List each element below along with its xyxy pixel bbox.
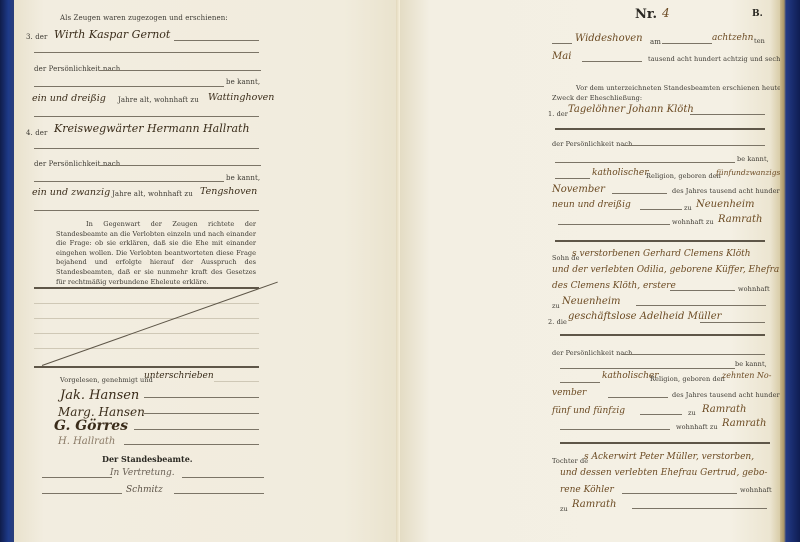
bride-birth-place: Ramrath <box>702 404 746 415</box>
rule <box>608 397 668 398</box>
witness4-prefix: 4. der <box>26 129 47 137</box>
read-approved-label: Vorgelesen, genehmigt und <box>60 376 153 384</box>
witness4-age: ein und zwanzig <box>32 187 110 198</box>
rule <box>560 334 765 336</box>
rule <box>34 181 224 182</box>
witness4-age-label: Jahre alt, wohnhaft zu <box>112 190 193 198</box>
groom-parents-line1: s verstorbenen Gerhard Clemens Klöth <box>572 249 751 259</box>
rule <box>34 348 259 349</box>
witness4-identity-label: der Persönlichkeit nach <box>34 160 120 168</box>
rule <box>622 145 765 146</box>
bride-birth-day: zehnten No- <box>722 371 771 380</box>
rule <box>640 209 682 210</box>
rule <box>34 116 259 117</box>
rule <box>42 477 112 478</box>
signature-1: Jak. Hansen <box>60 388 139 403</box>
bride-name: geschäftslose Adelheid Müller <box>568 311 721 322</box>
rule <box>552 43 572 44</box>
rule <box>42 493 122 494</box>
groom-name: Tagelöhner Johann Klöth <box>568 104 694 115</box>
day-suffix: ten <box>754 37 765 45</box>
rule <box>144 397 259 398</box>
groom-known: be kannt, <box>737 155 769 163</box>
groom-birth-year: neun und dreißig <box>552 200 631 210</box>
groom-birth-place: Neuenheim <box>696 199 755 210</box>
groom-birth-month: November <box>552 184 605 195</box>
book-binding-left <box>0 0 14 542</box>
marriage-day: achtzehn <box>712 33 753 43</box>
section-letter: B. <box>752 9 763 19</box>
bride-birth-place-label: zu <box>688 409 696 417</box>
rule <box>99 165 261 166</box>
rule <box>670 290 735 291</box>
bride-birth-month: vember <box>552 388 586 398</box>
groom-birth-place-label: zu <box>684 204 692 212</box>
left-page: Als Zeugen waren zugezogen und erschiene… <box>14 0 400 542</box>
rule <box>555 162 735 163</box>
year-text: tausend acht hundert achtzig und sechs. <box>648 55 786 63</box>
signature-3: G. Görres <box>54 418 128 434</box>
bride-parents-residence: Ramrath <box>572 499 616 510</box>
rule <box>34 303 259 304</box>
official-signature: Schmitz <box>126 485 163 495</box>
rule <box>134 429 259 430</box>
rule <box>555 240 765 242</box>
groom-identity-label: der Persönlichkeit nach <box>552 140 632 148</box>
bride-identity-label: der Persönlichkeit nach <box>552 349 632 357</box>
bride-parents-residence-label: wohnhaft <box>740 486 772 494</box>
groom-parents-residence: Neuenheim <box>562 296 621 307</box>
bride-parents-label: Tochter de <box>552 457 588 465</box>
groom-parents-residence-label: wohnhaft <box>738 285 770 293</box>
rule <box>662 43 712 44</box>
rule <box>34 86 224 87</box>
bride-prefix: 2. die <box>548 318 567 326</box>
strikeout-diagonal <box>42 282 278 366</box>
rule <box>700 322 765 323</box>
bride-parents-line3: rene Köhler <box>560 485 614 495</box>
rule <box>144 413 259 414</box>
groom-parents-line2: und der verlebten Odilia, geborene Küffe… <box>552 265 785 275</box>
record-number-value: 4 <box>662 6 670 20</box>
rule <box>622 354 765 355</box>
rule <box>640 414 682 415</box>
rule <box>34 148 259 149</box>
appearance-text-1: Vor dem unterzeichneten Standesbeamten e… <box>576 84 797 92</box>
bride-residence: Ramrath <box>722 418 766 429</box>
witness3-prefix: 3. der <box>26 33 47 41</box>
rule <box>34 52 259 53</box>
rule <box>34 210 259 211</box>
book-binding-right <box>780 0 800 542</box>
rule <box>214 381 259 382</box>
witness3-age-label: Jahre alt, wohnhaft zu <box>118 96 199 104</box>
bride-religion-label: Religion, geboren den <box>650 375 725 383</box>
bride-known: be kannt, <box>735 360 767 368</box>
rule <box>690 114 765 115</box>
rule <box>555 178 590 179</box>
witness3-identity-label: der Persönlichkeit nach <box>34 65 120 73</box>
right-page: Nr. 4 B. Widdeshoven am achtzehn ten Mai… <box>400 0 780 542</box>
bride-birth-year: fünf und fünfzig <box>552 406 625 416</box>
rule <box>174 493 264 494</box>
groom-residence: Ramrath <box>718 214 762 225</box>
rule <box>612 193 667 194</box>
rule <box>636 305 766 306</box>
rule <box>560 429 670 430</box>
groom-parents-line3: des Clemens Klöth, erstere <box>552 281 676 291</box>
rule-strikeout-bottom <box>34 366 259 368</box>
date-am-label: am <box>650 38 661 46</box>
groom-parents-residence-prefix: zu <box>552 302 560 310</box>
witness3-name: Wirth Kaspar Gernot <box>54 28 170 41</box>
official-role: In Vertretung. <box>110 468 175 478</box>
marriage-month: Mai <box>552 51 571 62</box>
rule <box>622 493 737 494</box>
rule <box>182 477 264 478</box>
official-title: Der Standesbeamte. <box>102 454 193 464</box>
marriage-place: Widdeshoven <box>575 33 643 44</box>
rule <box>560 382 600 383</box>
rule <box>632 508 767 509</box>
rule <box>34 318 259 319</box>
bride-parents-line1: s Ackerwirt Peter Müller, verstorben, <box>584 452 754 462</box>
rule <box>99 70 261 71</box>
rule-strikeout-top <box>34 287 259 289</box>
witness4-residence: Tengshoven <box>200 186 257 197</box>
witness4-name: Kreiswegwärter Hermann Hallrath <box>54 122 250 135</box>
groom-residence-label: wohnhaft zu <box>672 218 714 226</box>
groom-religion: katholischer <box>592 168 649 178</box>
appearance-text-2: Zweck der Eheschließung: <box>552 94 642 102</box>
rule <box>174 40 259 41</box>
bride-parents-line2: und dessen verlebten Ehefrau Gertrud, ge… <box>560 468 767 478</box>
rule <box>34 333 259 334</box>
groom-prefix: 1. der <box>548 110 568 118</box>
record-number-label: Nr. <box>635 7 657 22</box>
groom-year-label: des Jahres tausend acht hundert <box>672 187 782 195</box>
rule <box>582 61 642 62</box>
rule <box>560 368 735 369</box>
read-approved-hand: unterschrieben <box>144 371 214 381</box>
witness-intro: Als Zeugen waren zugezogen und erschiene… <box>60 14 228 22</box>
witness3-age: ein und dreißig <box>32 93 106 104</box>
bride-residence-label: wohnhaft zu <box>676 423 718 431</box>
witness3-known: be kannt, <box>226 78 260 86</box>
witness4-known: be kannt, <box>226 174 260 182</box>
rule <box>558 224 670 225</box>
witness3-residence: Wattinghoven <box>208 92 274 103</box>
signature-4: H. Hallrath <box>58 436 115 447</box>
rule <box>560 442 770 444</box>
signature-2: Marg. Hansen <box>58 405 145 419</box>
bride-parents-residence-prefix: zu <box>560 505 568 513</box>
rule <box>555 128 765 130</box>
bride-year-label: des Jahres tausend acht hundert <box>672 391 782 399</box>
rule <box>124 444 259 445</box>
declaration-text: In Gegenwart der Zeugen richtete der Sta… <box>56 220 256 287</box>
groom-religion-label: Religion, geboren den <box>646 172 721 180</box>
